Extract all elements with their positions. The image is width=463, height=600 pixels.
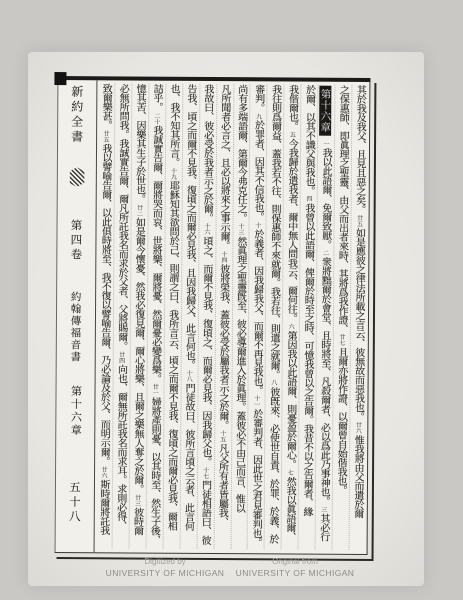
verse-number: 五 <box>288 131 295 137</box>
verse-number: 廿一 <box>151 384 158 396</box>
watermark-original-line2: UNIVERSITY OF MICHIGAN <box>215 568 375 578</box>
verse-number: 十五 <box>219 430 226 442</box>
verse-text: 且爾亦將作證、以爾曾自始偕我也。 <box>335 347 347 494</box>
chapter-heading-inverted: 第十六章 <box>319 86 331 136</box>
watermark-original: Original from UNIVERSITY OF MICHIGAN <box>215 557 375 578</box>
verse-text: 頃之、而爾不見我、復頃之、而爾必見我、因我歸父也。 <box>200 236 212 466</box>
verse-text: 如是應彼之律法所載之言云、彼無故而惡我也。 <box>352 228 364 421</box>
verse-text: 斯時爾將託我 <box>98 479 109 534</box>
verse-number: 廿五 <box>102 130 109 142</box>
verse-number: 廿四 <box>118 351 125 363</box>
book-title: 新約全書 <box>69 85 86 145</box>
verse-text: 告我、頃之而爾不見我、復頃之而爾必見我、且因我歸父、此言何也。 <box>183 84 196 369</box>
verse-number: 十一 <box>253 396 260 408</box>
verse-number: 廿七 <box>338 334 345 346</box>
verse-text: 於爾、以其不識父與我也。 <box>303 85 315 195</box>
verse-text: 致爾樂甚。 <box>100 83 111 129</box>
volume-label: 第四卷 <box>68 219 84 263</box>
verse-text: 於義者、因我歸我父、而爾不再見我也。 <box>251 229 263 395</box>
verse-number: 二 <box>321 250 328 256</box>
verse-text: 彼旣來、必使世自責、於罪、於義、於 <box>267 387 279 543</box>
frame-corner-mark <box>54 72 66 85</box>
folio-page-number: 五十八 <box>67 481 83 525</box>
watermark-original-line1: Original from <box>215 557 375 566</box>
verse-text: 惟我將由父而遣於爾 <box>352 435 364 518</box>
verse-text: 今我歸於遣我者、爾中無人問我云、爾何往。 <box>285 138 297 322</box>
verse-number: 十八 <box>185 370 192 382</box>
verse-number: 十 <box>254 222 261 228</box>
margin-chapter-label: 第十六章 <box>67 385 83 437</box>
verse-text: 向也、爾無所託我名而求耳。求則必得、 <box>115 364 127 530</box>
verse-text: 其於我及我父、且見且惡之矣。 <box>354 85 366 214</box>
verse-text: 然眞理之聖靈旣至、彼必導爾進入於眞理。蓋彼必不由己而言、惟以 <box>233 236 246 512</box>
verse-text: 必無所問我。我誠實告爾、爾凡所託我名而求於父者、父將賜爾。 <box>116 83 129 350</box>
verse-text: 尚有多端語爾、第爾今弗克任之。 <box>235 84 247 222</box>
verse-text: 衆將黜爾於會堂、且時將至、凡殺爾者、必以爲此乃事神也。 <box>318 257 331 505</box>
verse-text: 我誠實告爾、爾將哭而哀、世將樂、爾將憂、然爾憂必變爲樂。 <box>149 125 162 383</box>
book-page-frame: 新約全書 第四卷 約翰傳福音書 第十六章 五十八 其於我及我父、且見且惡之矣。廿… <box>55 76 371 555</box>
verse-number: 廿二 <box>135 204 142 216</box>
verse-text: 如是爾今懷憂、然我必復見爾、爾心將樂、且爾之樂無人奪之於爾。 <box>132 217 145 493</box>
page-margin-strip: 新約全書 第四卷 約翰傳福音書 第十六章 五十八 <box>56 80 98 552</box>
verse-number: 十四 <box>220 251 227 263</box>
scripture-text-block: 其於我及我父、且見且惡之矣。廿五如是應彼之律法所載之言云、彼無故而惡我也。廿六惟… <box>95 80 370 554</box>
verse-text: 也、我不知其所言。 <box>168 84 180 167</box>
verse-text: 彼將榮我、蓋彼必受於屬我者示之於爾。 <box>217 264 229 430</box>
verse-text: 我曾以此語爾、俾爾於時至之時、可憶我曾以之告爾。我昔不以之告爾者、緣 <box>301 203 314 516</box>
verse-text: 我偕爾也。 <box>286 84 297 130</box>
verse-text: 門徒故曰、彼所言頃之云者、此言何 <box>182 383 194 530</box>
verse-number: 二十 <box>153 112 160 124</box>
verse-text: 於審判者、因此世之君見審判也。 <box>250 409 262 547</box>
verse-text: 之保惠師、即眞理之聖靈、由父而出者來時、其將爲我作證、 <box>336 85 349 333</box>
verse-text: 彼時爾 <box>131 507 142 535</box>
verse-text: 我以此語爾、免爾致厭。 <box>320 148 332 249</box>
verse-text: 然我以眞語爾、 <box>284 476 295 540</box>
verse-number: 七 <box>286 470 293 476</box>
verse-text: 詰乎。 <box>151 84 162 112</box>
verse-number: 一 <box>322 141 329 147</box>
verse-text: 第因我以此語爾、則憂盈於爾心。 <box>284 330 296 468</box>
verse-number: 四 <box>305 196 312 202</box>
verse-text: 耶穌知其欲問於己、則謂之曰、我所言云、頃之而爾不見我、復頃之而爾必見我、爾相 <box>165 181 178 531</box>
verse-text: 凡父所有者皆屬我、 <box>216 443 228 526</box>
verse-number: 十七 <box>202 467 209 479</box>
hatched-ornament-icon <box>69 167 84 187</box>
verse-number: 八 <box>270 380 277 386</box>
verse-text: 我故曰、彼必受於我者示之於爾。 <box>201 84 213 222</box>
verse-number: 廿六 <box>354 422 361 434</box>
verse-text: 門徒相語曰、彼 <box>199 480 210 544</box>
verse-text: 我往則爲爾益、蓋我若不往、則保惠師不來就爾。我若往、則遣之就爾。 <box>268 84 281 378</box>
verse-text: 憶其苦、因樂其生子於世也。 <box>133 84 145 204</box>
text-column-1: 其於我及我父、且見且惡之矣。廿五如是應彼之律法所載之言云、彼無故而惡我也。廿六惟… <box>349 85 369 550</box>
verse-text: 凡所聞者必言之、且必以將來之事示爾。 <box>218 84 230 250</box>
verse-number: 十三 <box>237 223 244 235</box>
scanned-document-canvas: 新約全書 第四卷 約翰傳福音書 第十六章 五十八 其於我及我父、且見且惡之矣。廿… <box>0 0 463 600</box>
verse-number: 廿三 <box>134 494 141 506</box>
verse-text: 於罪者、因其不信我也。 <box>252 120 264 221</box>
verse-text: 審判。 <box>253 84 264 112</box>
verse-text: 我以譬喻告爾、以此俱時將至、我不復以譬喻告爾、乃必論及於父、而明示爾。 <box>98 143 111 465</box>
verse-number: 六 <box>287 323 294 329</box>
gospel-title: 約翰傳福音書 <box>68 291 83 363</box>
verse-number: 廿六 <box>100 466 107 478</box>
verse-number: 十九 <box>170 168 177 180</box>
verse-number: 廿五 <box>356 215 363 227</box>
verse-number: 三 <box>320 506 327 512</box>
verse-number: 十六 <box>203 223 210 235</box>
verse-number: 九 <box>255 113 262 119</box>
